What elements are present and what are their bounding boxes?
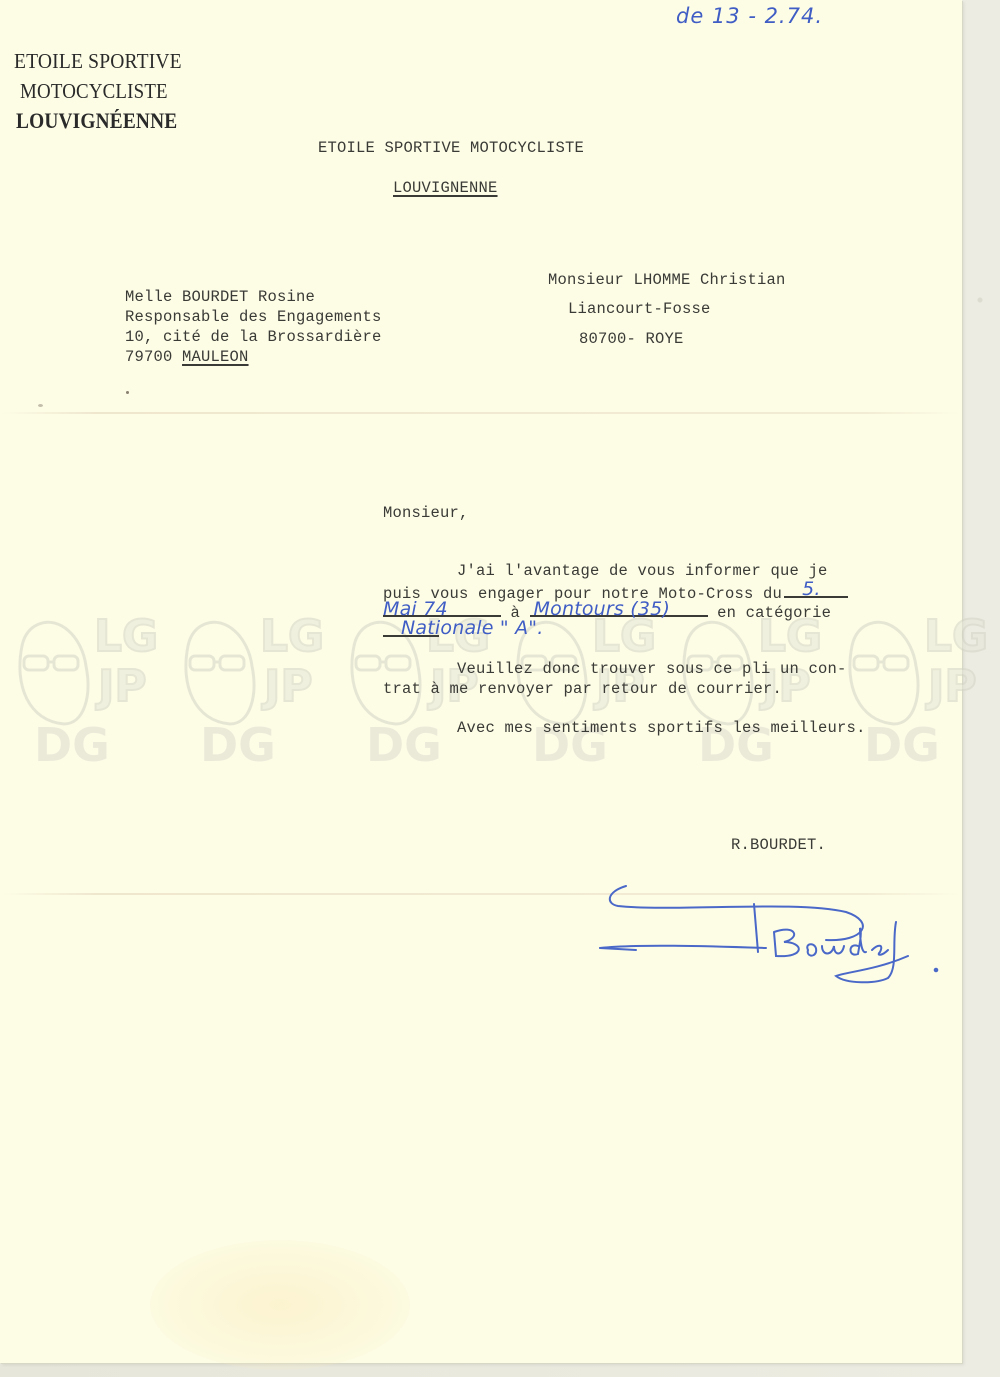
watermark-portrait-logo: LG JP DG — [4, 606, 164, 771]
recipient-locality: Liancourt-Fosse — [568, 300, 711, 318]
para1-line4: Nationale " A". — [383, 621, 848, 641]
sender-city: MAULEON — [182, 348, 249, 366]
recipient-postcode-city: 80700- ROYE — [579, 330, 684, 348]
sender-city-line: 79700 MAULEON — [125, 347, 382, 367]
paper-stain — [150, 1240, 410, 1370]
watermark-portrait-logo: LG JP DG — [170, 606, 330, 771]
para2-line1: Veuillez donc trouver sous ce pli un con… — [383, 660, 847, 680]
handwritten-signature: Bourdet — [596, 872, 946, 992]
sender-street: 10, cité de la Brossardière — [125, 327, 382, 347]
typed-signature-name: R.BOURDET. — [731, 836, 826, 854]
sender-address: Melle BOURDET Rosine Responsable des Eng… — [125, 287, 382, 367]
paper-speck — [38, 404, 43, 407]
handwritten-place: Montours (35) — [534, 600, 671, 620]
blank-month-year: Mai 74 — [383, 601, 501, 617]
fold-line — [0, 412, 962, 414]
sender-postcode: 79700 — [125, 348, 173, 366]
para2-line2: trat à me renvoyer par retour de courrie… — [383, 680, 847, 700]
closing-formula: Avec mes sentiments sportifs les meilleu… — [457, 719, 866, 737]
club-title: ETOILE SPORTIVE MOTOCYCLISTE — [318, 139, 584, 157]
svg-text:DG: DG — [200, 718, 276, 771]
stamp-line-3: LOUVIGNÉENNE — [16, 106, 177, 136]
blank-day: 5. — [784, 582, 848, 598]
handwritten-day: 5. — [802, 580, 821, 600]
sender-role: Responsable des Engagements — [125, 307, 382, 327]
svg-text:LG: LG — [260, 611, 324, 662]
para1-line1: J'ai l'avantage de vous informer que je — [383, 562, 848, 582]
svg-text:LG: LG — [94, 611, 158, 662]
svg-text:JP: JP — [261, 661, 313, 712]
handwritten-date: de 13 - 2.74. — [676, 4, 823, 28]
para1-line3-suffix: en catégorie — [717, 604, 831, 622]
handwritten-category: Nationale " A". — [401, 619, 543, 639]
club-title-town: LOUVIGNENNE — [393, 179, 498, 197]
stamp-line-1: ETOILE SPORTIVE — [14, 46, 186, 76]
svg-text:DG: DG — [34, 718, 110, 771]
sender-name: Melle BOURDET Rosine — [125, 287, 382, 307]
blank-place: Montours (35) — [530, 601, 708, 617]
svg-text:JP: JP — [95, 661, 147, 712]
svg-text:DG: DG — [366, 718, 442, 771]
letterhead-stamp: ETOILE SPORTIVE MOTOCYCLISTE LOUVIGNÉENN… — [14, 46, 199, 136]
paragraph-contract: Veuillez donc trouver sous ce pli un con… — [383, 660, 847, 699]
salutation: Monsieur, — [383, 504, 469, 522]
letter-page: LG JP DG LG JP DG — [0, 0, 962, 1363]
paper-speck — [126, 391, 129, 394]
paragraph-engagement: J'ai l'avantage de vous informer que je … — [383, 562, 848, 640]
blank-category: Nationale " A". — [383, 621, 439, 637]
stamp-line-2: MOTOCYCLISTE — [20, 76, 181, 106]
recipient-name: Monsieur LHOMME Christian — [548, 271, 786, 289]
svg-text:DG: DG — [864, 718, 940, 771]
